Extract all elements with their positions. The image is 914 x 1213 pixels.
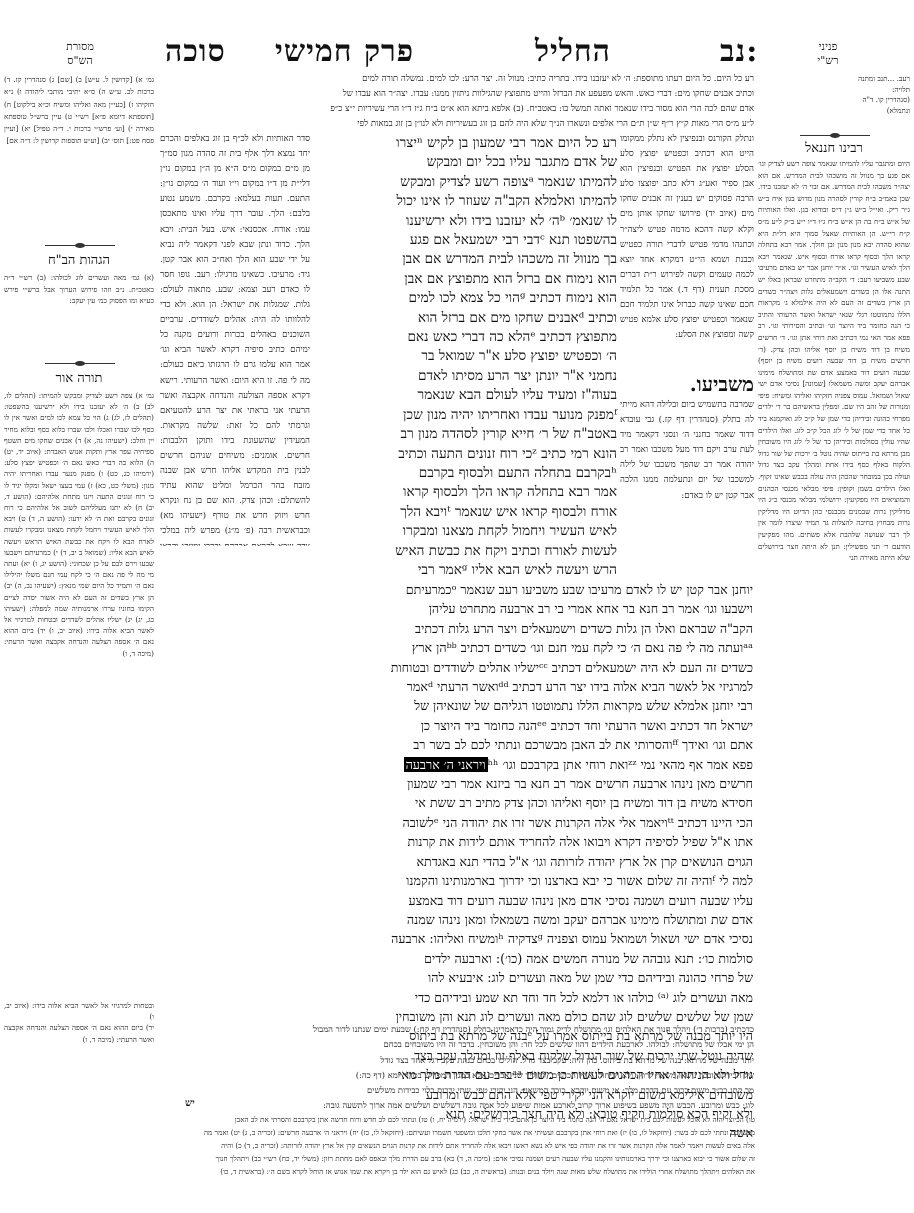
rashi-line: הן ימי אבלו של מתושלח: לבולהו. לארבעת הי… [160,1037,754,1052]
chapter-name: החליל [535,34,611,69]
gemara-line: מאה ועשרים לוג ⁽ᵃ⁾ כולהו או דלמא לכל חד … [313,988,753,1007]
gemara-line: רבי יוחנן אלמלא שלש מקראות הללו נתמוטטו … [313,696,753,715]
highlighted-selection[interactable]: ויראני ה׳ ארבעה [404,757,488,772]
gemara-line: הוא נימוח אם ברזל הוא מתפוצץ אם אבן [313,270,617,289]
gemara-line: למה לי ᶠוהיה זה שלום אשור כי יבא בארצנו … [313,871,753,890]
gemara-line: לאיש העשיר ויחמול לקחת מצאנו ומבקרו [313,522,617,541]
gemara-line: בך מנוול זה משכהו לבית המדרש אם אבן [313,250,617,269]
gemara-line: חרשים מאן נינהו ארבעה חרשים אמר רב חנא ב… [313,774,753,793]
rashi-line: של חבירתה ובכך נושאו משאוי לרוץ: ולא הני… [160,1068,754,1083]
gemara-line: אדם שת ומתושלח מימינו אברהם יעקב ומשה בש… [313,910,753,929]
tosafot-heading: משביעו. [620,372,754,397]
rabbeinu-chananel-title: רבינו חננאל [758,140,910,158]
gemara-line: חסידא משיח בן דוד ומשיח בן יוסף ואליהו ו… [313,793,753,812]
gemara-line: רע כל היום אמר רבי שמעון בן לקיש ⁿיצרו [313,134,617,153]
gemara-line: להמיתו שנאמר ᵃצופה רשע לצדיק ומבקש [313,173,617,192]
gemara-line: אמר רבא בתחלה קראו הלך ולבסוף קראו [313,483,617,502]
footnotes-block: טו) הכיוצר הזה לא אוכל לעשות לכם בית ישר… [75,1113,755,1178]
mesoret-hashas-label: מסורת הש"ס [60,40,100,68]
gemara-line-prefix: פפא אמר אף מהאי נמי ᶻᶻואת רוחי אתן בקרבכ… [488,757,753,772]
gemara-line: אתו א"ל שפיל לסיפיה דקרא ויבואו אלה להחר… [313,832,753,851]
ornament-divider [800,130,870,140]
tosafot-heading-word: משביעו. [690,372,754,396]
gemara-line: נחמני א"ר יונתן יצר הרע מסיתו לאדם [313,367,617,386]
gemara-line: ה׳ וכפטיש יפוצץ סלע א"ר שמואל בר [313,347,617,366]
gemara-line: בהשפטו תנא ᶜדבי רבי ישמעאל אם פגע [313,231,617,250]
torah-ohr-line: יד) ביום ההוא נאם ה׳ אספה הצלעה והנדחה א… [4,1022,154,1044]
gemara-line: הוא נימוח דכתיב ᵍהוי כל צמא לכו למים [313,289,617,308]
footnote-line: טו) הכיוצר הזה לא אוכל לעשות לכם בית ישר… [75,1113,755,1126]
gemara-line: ᶠמפנק מנוער עבדו ואחריתו יהיה מנון שכן [313,406,617,425]
gemara-narrow-block: רע כל היום אמר רבי שמעון בן לקיש ⁿיצרו ש… [313,134,617,580]
footnote-line: מבשרכם ונתתי לכם לב בשר: (יחזקאל לו, כו)… [75,1126,755,1139]
label-line: הש"ס [60,54,100,68]
page-reference: נב: [720,34,758,69]
gemara-line-with-highlight: פפא אמר אף מהאי נמי ᶻᶻואת רוחי אתן בקרבכ… [313,755,753,774]
gemara-line: ᵃᵃועתה מה לי פה נאם ה׳ כי לקח עמי חנם וג… [313,638,753,657]
hagahot-habach-title: הגהות הב"ח [4,252,154,270]
gemara-line: וישבעו וגו׳ אמר רב חנא בר אחא אמרי בי רב… [313,599,753,618]
hagahot-habach-text: (א) גמ׳ מאה ועשרים לוג לכולהו: (ב) רש״י … [4,272,154,332]
gemara-line: של פרחי כהונה ובידיהם כדי שמן של מאה ועש… [313,968,753,987]
gemara-line: כשדים זה העם לא היה ישמעאלים דכתיב ᶜᶜישל… [313,658,753,677]
gemara-line: וכתיב ᵈאבנים שחקו מים אם ברזל הוא [313,309,617,328]
chapter-number: פרק חמישי [275,34,414,69]
rashi-line: וכתיב אבנים שחקו מים: דברי כאש. והאש מפע… [160,87,754,102]
rabbeinu-chananel-text: היום ומתגבר עליו להמיתו שנאמר צופה רשע ל… [758,158,910,878]
gemara-line: הקב"ה שבראם ואלו הן גלות כשדים וישמעאלים… [313,619,753,638]
footnote-line: אלה באים לעשות ויאמר לאמר אלה הקרנות אשר… [75,1139,755,1152]
gemara-line: יוחנן אבר קטן יש לו לאדם מרעיבו שבע משבי… [313,580,753,599]
tosafot-continued: שמרבה בתשמיש ביום ובלילה דהא מייתי לה בת… [620,398,754,500]
ornament-divider [45,358,115,368]
gemara-line: בעוה"ז ומעיד עליו לעולם הבא שנאמר [313,386,617,405]
rashi-line: מר קתנ בכ״ד משום ברוב עם הדרת מלך: אי מש… [160,1083,754,1098]
rashi-line: אדם שהם לכה הרי הוא מסור בידו שנאמר ואתה… [160,102,754,117]
gemara-line: הגוים הנושאים קרן אל ארץ יהודה לזרותה וג… [313,852,753,871]
gemara-line: ʰבקרבם בתחלה התעם ולבסוף בקרבם [313,464,617,483]
footnote-line: את האלהים ויתהלך מתושלח אחרי הולידו את מ… [75,1165,755,1178]
rashi-column-continued [160,546,310,1002]
rashi-line: כדכתיב (ברכות ד׳) ויהלך חנוך את האלהים ו… [160,1022,754,1037]
torah-ohr-bottom: ובטחות למרגיזי אל לאשר הביא אלוה בידו: (… [4,1000,154,1045]
gemara-line: עליו שבעה רועים ושמנה נסיכי אדם מאן נינה… [313,891,753,910]
tosafot-column: ונתלק הקורנס ובנפיצין לא נתלק ממקומו היי… [620,132,754,370]
gemara-line: לעשות לאורח וכתיב ויקח את כבשת האיש [313,542,617,561]
penini-rashi-column: רעב. ...תנב ומתנה תלויה: (סנהדרין קו. ד"… [758,74,910,116]
gemara-line: למרגיזי אל לאשר הביא אלוה בידו יצר הרע ד… [313,677,753,696]
rashi-bottom-block: כדכתיב (ברכות ד׳) ויהלך חנוך את האלהים ו… [160,1022,754,1114]
ornament-divider [45,240,115,250]
footnote-line: זה שלום אשור כי יבוא בארצנו וכי ידרך באר… [75,1152,755,1165]
gemara-line: להמיתו ואלמלא הקב"ה שעוזר לו אינו יכול [313,192,617,211]
gemara-line: סולמות כו׳: תנא גובהה של מנורה חמשים אמה… [313,949,753,968]
gemara-line: אתם וגו׳ ואידך ᶠᶠוהסרותי את לב האבן מבשר… [313,735,753,754]
rashi-top-block: רע כל היום. כל היום רעתו מתוספת: ה׳ לא י… [160,72,754,132]
gemara-line: הרש ויעשה לאיש הבא אליו ᵍאמר רבי [313,561,617,580]
gemara-line: הכי היינו דכתיב ᵗᵗויאמר אלי אלה הקרנות א… [313,813,753,832]
penini-line: (סנהדרין קו. ד"ה [758,95,910,106]
label-line: רש"י [808,54,848,68]
penini-line: תלויה: [758,85,910,96]
torah-ohr-text: גמ׳ א) צפה רשע לצדיק ומבקש להמיתו: (תהלי… [4,390,154,990]
gemara-line: ישראל חד דכתיב ואשר הרעתי וחד דכתיב ᵉᵉהנ… [313,716,753,735]
penini-rashi-label: פניני רש"י [808,40,848,68]
penini-line: רעב. ...תנב ומתנה [758,74,910,85]
gemara-line: מתפוצץ דכתיב ᵉהלא כה דברי כאש נאם [313,328,617,347]
torah-ohr-title: תורה אור [4,370,154,388]
label-line: פניני [808,40,848,54]
tractate-title: סוכה [165,34,226,69]
gemara-line: של אדם מתגבר עליו בכל יום ומבקש [313,153,617,172]
torah-ohr-line: ובטחות למרגיזי אל לאשר הביא אלוה בידו: (… [4,1000,154,1022]
rashi-line: ל״ע מ״ס הרי מאות ק״ץ ר״ף ש״ן ת״ם הרי אלפ… [160,117,754,132]
rashi-line: רע כל היום. כל היום רעתו מתוספת: ה׳ לא י… [160,72,754,87]
rashi-line: יותר מבנה של מרתא: בנה של מרתא בת ביתוס.… [160,1053,754,1068]
gemara-line: נסיכי אדם ישי ושאול ושמואל עמוס וצפניה ᵍ… [313,929,753,948]
gemara-line: אורח ולבסוף קראו איש שנאמר ᵗויבא הלך [313,503,617,522]
gemara-line: לו שנאמ׳ ᵇה׳ לא יעזבנו בידו ולא ירשיענו [313,212,617,231]
penini-line: ונתמלא) [758,106,910,117]
rashi-column: סדר האותיות ולא לכ״ף בן זוג באלפים והכרם… [160,132,310,546]
gemara-line: באטב"ח של ר׳ חייא קורין לסהדה מנון רב [313,425,617,444]
mesoret-hashas-text: גמ׳ א) [קדושין ל. ע״ש] ב) [שם] ג) סנהדרי… [4,74,154,224]
catchword: יש [185,1098,195,1109]
rashi-line: לוג: כבש ומרובע. הכבש היה משפע בשיפוע אר… [160,1098,754,1113]
label-line: מסורת [60,40,100,54]
gemara-line: הונא רמי כתיב ᶻכי רוח זנונים התעה וכתיב [313,445,617,464]
